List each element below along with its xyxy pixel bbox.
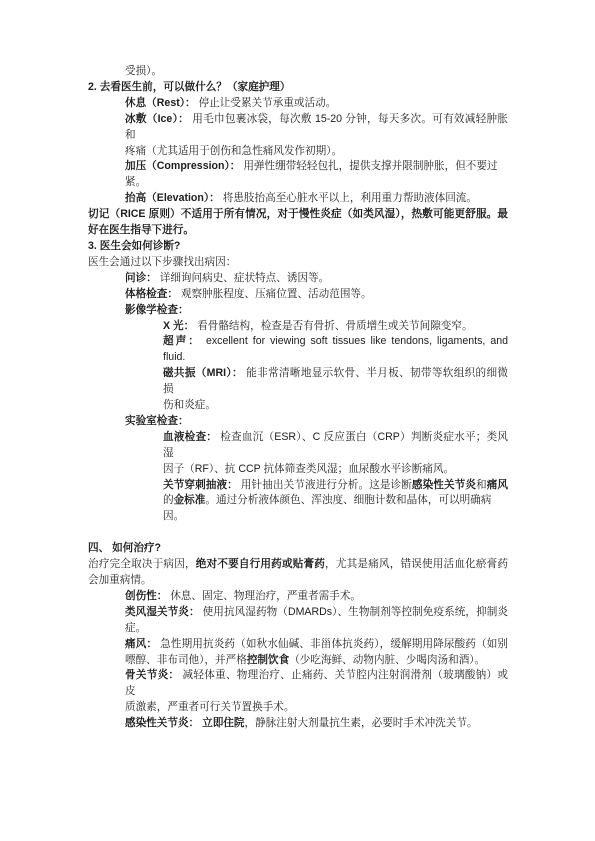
bold-text-run: 3. 医生会如何诊断?: [88, 240, 180, 252]
text-run: 。通过分析液体颜色、浑浊度、细胞计数和晶体，可以明确病因。: [163, 494, 491, 522]
bold-text-run: 痛风: [487, 479, 508, 491]
doc-line: 嘌醇、非布司他），并严格控制饮食（少吃海鲜、动物内脏、少喝肉汤和酒）。: [88, 653, 508, 669]
text-run: 使用抗风湿药物（DMARDs）、生物制剂等控制免疫系统，抑制炎: [200, 606, 508, 618]
doc-line: 会加重病情。: [88, 573, 508, 589]
bold-text-run: 创伤性：: [125, 590, 167, 602]
text-run: 的: [163, 494, 174, 506]
doc-line: 血液检查： 检查血沉（ESR）、C 反应蛋白（CRP）判断炎症水平；类风湿: [88, 430, 508, 462]
bold-text-run: 冰敷（Ice）：: [125, 113, 189, 125]
doc-line: 切记（RICE 原则）不适用于所有情况，对于慢性炎症（如类风湿），热敷可能更舒服…: [88, 207, 508, 223]
doc-line: 2. 去看医生前，可以做什么？（家庭护理）: [88, 80, 508, 96]
bold-text-run: 抬高（Elevation）：: [125, 192, 220, 204]
text-run: 看骨骼结构，检查是否有骨折、骨质增生或关节间隙变窄。: [194, 320, 472, 332]
text-run: 将患肢抬高至心脏水平以上，利用重力帮助液体回流。: [220, 192, 477, 204]
doc-line: 影像学检查：: [88, 303, 508, 319]
doc-line: 抬高（Elevation）： 将患肢抬高至心脏水平以上，利用重力帮助液体回流。: [88, 191, 508, 207]
text-run: ，静脉注射大剂量抗生素，必要时手术冲洗关节。: [244, 717, 477, 729]
doc-line: 治疗完全取决于病因，绝对不要自行用药或贴膏药，尤其是痛风，错误使用活血化瘀膏药: [88, 557, 508, 573]
doc-line: 体格检查： 观察肿胀程度、压痛位置、活动范围等。: [88, 287, 508, 303]
doc-line: fluid.: [88, 350, 508, 366]
text-run: fluid.: [163, 351, 185, 363]
blank-line: [88, 525, 508, 541]
doc-line: 症。: [88, 621, 508, 637]
bold-text-run: 问诊：: [125, 272, 157, 284]
text-run: 嘌醇、非布司他），并严格: [125, 654, 247, 666]
text-run: excellent for viewing soft tissues like …: [201, 335, 508, 347]
text-run: 观察肿胀程度、压痛位置、活动范围等。: [178, 288, 372, 300]
doc-line: 加压（Compression）： 用弹性绷带轻轻包扎，提供支撑并限制肿胀，但不要…: [88, 159, 508, 191]
bold-text-run: 血液检查：: [163, 431, 217, 443]
doc-line: 骨关节炎： 减轻体重、物理治疗、止痛药、关节腔内注射润滑剂（玻璃酸钠）或皮: [88, 668, 508, 700]
text-run: 详细询问病史、症状特点、诱因等。: [157, 272, 329, 284]
doc-line: 质激素，严重者可行关节置换手术。: [88, 700, 508, 716]
text-run: 医生会通过以下步骤找出病因：: [88, 256, 236, 268]
text-run: 质激素，严重者可行关节置换手术。: [125, 701, 295, 713]
text-run: 受损）。: [125, 65, 162, 77]
text-run: 停止让受累关节承重或活动。: [196, 97, 337, 109]
doc-line: 冰敷（Ice）： 用毛巾包裹冰袋，每次敷 15-20 分钟，每天多次。可有效减轻…: [88, 112, 508, 144]
doc-line: 超声： excellent for viewing soft tissues l…: [88, 334, 508, 350]
text-run: 伤和炎症。: [163, 399, 216, 411]
text-run: 因子（RF）、抗 CCP 抗体筛查类风湿；血尿酸水平诊断痛风。: [163, 463, 454, 475]
doc-line: 3. 医生会如何诊断?: [88, 239, 508, 255]
doc-line: 因子（RF）、抗 CCP 抗体筛查类风湿；血尿酸水平诊断痛风。: [88, 462, 508, 478]
doc-line: 疼痛（尤其适用于创伤和急性痛风发作初期）。: [88, 144, 508, 160]
doc-line: 好在医生指导下进行。: [88, 223, 508, 239]
doc-line: 感染性关节炎： 立即住院，静脉注射大剂量抗生素，必要时手术冲洗关节。: [88, 716, 508, 732]
bold-text-run: 骨关节炎：: [125, 669, 179, 681]
doc-line: 医生会通过以下步骤找出病因：: [88, 255, 508, 271]
bold-text-run: 体格检查：: [125, 288, 178, 300]
document-page: 受损）。2. 去看医生前，可以做什么？（家庭护理）休息（Rest）： 停止让受累…: [0, 0, 595, 841]
text-run: ，尤其是痛风，错误使用活血化瘀膏药: [325, 558, 508, 570]
doc-line: 受损）。: [88, 64, 508, 80]
bold-text-run: 感染性关节炎: [412, 479, 476, 491]
text-run: 症。: [125, 622, 146, 634]
bold-text-run: X 光：: [163, 320, 194, 332]
doc-line: 关节穿刺抽液： 用针抽出关节液进行分析。这是诊断感染性关节炎和痛风: [88, 478, 508, 494]
bold-text-run: 超声：: [163, 335, 201, 347]
bold-text-run: 好在医生指导下进行。: [88, 224, 194, 236]
bold-text-run: 实验室检查：: [125, 415, 189, 427]
text-run: 治疗完全取决于病因，: [88, 558, 196, 570]
text-run: 休息、固定、物理治疗，严重者需手术。: [167, 590, 361, 602]
text-run: 会加重病情。: [88, 574, 152, 586]
doc-line: 伤和炎症。: [88, 398, 508, 414]
text-run: 急性期用抗炎药（如秋水仙碱、非甾体抗炎药），缓解期用降尿酸药（如别: [157, 638, 508, 650]
doc-line: 类风湿关节炎： 使用抗风湿药物（DMARDs）、生物制剂等控制免疫系统，抑制炎: [88, 605, 508, 621]
bold-text-run: 立即住院: [202, 717, 244, 729]
text-run: 疼痛（尤其适用于创伤和急性痛风发作初期）。: [125, 145, 342, 157]
text-run: 用针抽出关节液进行分析。这是诊断: [238, 479, 412, 491]
bold-text-run: 加压（Compression）：: [125, 160, 240, 172]
text-run: 减轻体重、物理治疗、止痛药、关节腔内注射润滑剂（玻璃酸钠）或皮: [125, 669, 508, 697]
doc-line: 休息（Rest）： 停止让受累关节承重或活动。: [88, 96, 508, 112]
doc-line: 痛风： 急性期用抗炎药（如秋水仙碱、非甾体抗炎药），缓解期用降尿酸药（如别: [88, 637, 508, 653]
doc-line: X 光： 看骨骼结构，检查是否有骨折、骨质增生或关节间隙变窄。: [88, 319, 508, 335]
bold-text-run: 休息（Rest）：: [125, 97, 196, 109]
doc-line: 四、 如何治疗?: [88, 541, 508, 557]
bold-text-run: 痛风：: [125, 638, 157, 650]
text-run: 和: [476, 479, 487, 491]
doc-line: 的金标准。通过分析液体颜色、浑浊度、细胞计数和晶体，可以明确病因。: [88, 493, 508, 525]
bold-text-run: 磁共振（MRI）：: [163, 367, 243, 379]
text-run: （少吃海鲜、动物内脏、少喝肉汤和酒）。: [289, 654, 485, 666]
bold-text-run: 类风湿关节炎：: [125, 606, 200, 618]
bold-text-run: 关节穿刺抽液：: [163, 479, 238, 491]
doc-line: 创伤性： 休息、固定、物理治疗，严重者需手术。: [88, 589, 508, 605]
doc-line: 问诊： 详细询问病史、症状特点、诱因等。: [88, 271, 508, 287]
bold-text-run: 金标准: [174, 494, 206, 506]
bold-text-run: 感染性关节炎：: [125, 717, 199, 729]
bold-text-run: 2. 去看医生前，可以做什么？（家庭护理）: [88, 81, 290, 93]
bold-text-run: 绝对不要自行用药或贴膏药: [196, 558, 325, 570]
doc-line: 实验室检查：: [88, 414, 508, 430]
bold-text-run: 切记（RICE 原则）不适用于所有情况，对于慢性炎症（如类风湿），热敷可能更舒服…: [88, 208, 508, 220]
document-body: 受损）。2. 去看医生前，可以做什么？（家庭护理）休息（Rest）： 停止让受累…: [88, 64, 508, 732]
bold-text-run: 四、 如何治疗?: [88, 542, 161, 554]
bold-text-run: 影像学检查：: [125, 304, 189, 316]
bold-text-run: 控制饮食: [247, 654, 289, 666]
doc-line: 磁共振（MRI）： 能非常清晰地显示软骨、半月板、韧带等软组织的细微损: [88, 366, 508, 398]
